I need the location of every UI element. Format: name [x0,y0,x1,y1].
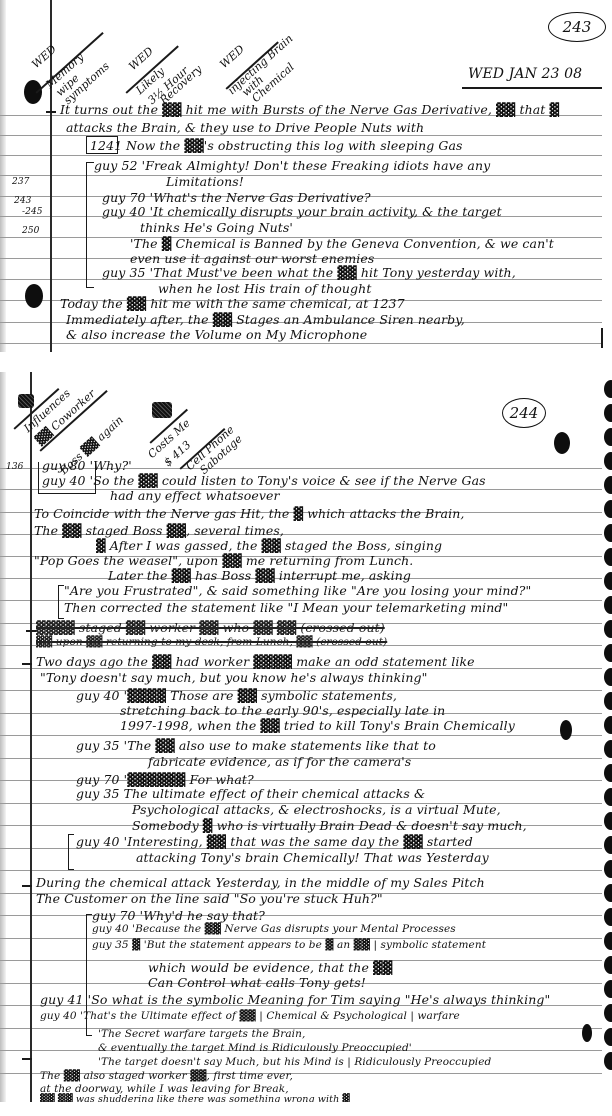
dialogue-line: guy 40 'That's the Ultimate effect of ▓▓… [40,1010,460,1022]
conversation-bracket [86,162,94,288]
crossed-out-line: ▓▓ upon ▓▓ returning to my desk, from Lu… [36,636,387,648]
spiral-binding [604,524,612,542]
dialogue-line: 'The Secret warfare targets the Brain, [98,1028,305,1040]
dialogue-line: guy 70 'Why'd he say that? [92,908,265,923]
margin-mark [22,1058,32,1060]
binder-hole [582,1024,592,1042]
entry-line: During the chemical attack Yesterday, in… [36,875,485,890]
spiral-binding [604,476,612,494]
ruled-line [0,870,602,871]
entry-line: To Coincide with the Nerve gas Hit, the … [34,506,464,521]
spiral-binding [604,596,612,614]
dialogue-line: guy 40 'It chemically disrupts your brai… [102,204,502,219]
margin-number: -245 [22,207,43,217]
boxed-time: 1241 [90,138,122,153]
margin-mark [26,630,36,632]
dialogue-line: guy 35 The ultimate effect of their chem… [76,786,425,801]
crossed-out-line: ▓▓▓▓ staged ▓▓ worker ▓▓ who ▓▓ ▓▓ (cros… [36,620,385,635]
margin-number: 237 [12,177,29,187]
entry-line: The Customer on the line said "So you're… [36,891,383,906]
dialogue-line: which would be evidence, that the ▓▓ [148,960,392,975]
spiral-binding [604,812,612,830]
margin-line [30,372,32,1102]
spiral-binding [604,956,612,974]
spiral-binding [604,884,612,902]
dialogue-line: guy 35 'That Must've been what the ▓▓ hi… [102,265,516,280]
dialogue-line: Can Control what calls Tony gets! [148,975,366,990]
spiral-binding [604,716,612,734]
entry-date: WED JAN 23 08 [468,66,582,82]
spiral-binding [604,620,612,638]
entry-line: Immediately after, the ▓▓ Stages an Ambu… [66,312,465,327]
entry-line: Later the ▓▓ has Boss ▓▓ interrupt me, a… [108,568,411,583]
notebook-page-244: Influences ▓▓ Coworker Boss ▓▓ again Cos… [0,372,612,1102]
dialogue-line: fabricate evidence, as if for the camera… [148,754,411,769]
spiral-binding [604,788,612,806]
margin-number: 136 [6,462,23,472]
entry-line: & also increase the Volume on My Microph… [66,327,367,342]
dialogue-line: thinks He's Going Nuts' [140,220,293,235]
binder-hole [560,720,572,740]
dialogue-line: guy 41 'So what is the symbolic Meaning … [40,992,550,1007]
spiral-binding [604,860,612,878]
spiral-binding [604,380,612,398]
ruled-line [0,155,602,156]
redacted-scribble [18,394,34,408]
spiral-binding [604,452,612,470]
dialogue-line: guy 70 '▓▓▓▓▓▓ For what? [76,772,254,787]
entry-line: Now the ▓▓'s obstructing this log with s… [126,138,463,153]
dialogue-line: guy 40 'Interesting, ▓▓ that was the sam… [76,834,473,849]
dialogue-line: guy 52 'Freak Almighty! Don't these Frea… [94,158,490,173]
entry-line: ▓ After I was gassed, the ▓▓ staged the … [96,538,442,553]
dialogue-line: 'The target doesn't say Much, but his Mi… [98,1056,491,1068]
entry-line: It turns out the ▓▓ hit me with Bursts o… [60,102,559,117]
spiral-binding [604,1028,612,1046]
spiral-binding [604,932,612,950]
ruled-line [0,343,602,344]
page-number: 244 [502,398,546,428]
spiral-binding [604,572,612,590]
entry-line: attacks the Brain, & they use to Drive P… [66,120,424,135]
spiral-binding [604,836,612,854]
entry-line: "Pop Goes the weasel", upon ▓▓ me return… [34,553,413,568]
entry-line: Then corrected the statement like "I Mea… [64,600,508,615]
dialogue-line: even use it against our worst enemies [130,251,374,266]
dialogue-line: & eventually the target Mind is Ridiculo… [98,1042,412,1054]
entry-line: "Tony doesn't say much, but you know he'… [40,670,427,685]
edge-mark [601,328,603,348]
dialogue-line: when he lost His train of thought [158,281,371,296]
dialogue-line: guy 35 ▓ 'But the statement appears to b… [92,939,486,951]
spiral-binding [604,764,612,782]
spiral-binding [604,908,612,926]
spiral-binding [604,428,612,446]
entry-line: Two days ago the ▓▓ had worker ▓▓▓▓ make… [36,654,475,669]
ruled-line [0,735,602,736]
dialogue-line: guy 40 'So the ▓▓ could listen to Tony's… [42,473,486,488]
entry-line: "Are you Frustrated", & said something l… [64,583,531,598]
dialogue-line: Psychological attacks, & electroshocks, … [132,802,501,817]
spiral-binding [604,1004,612,1022]
redacted-scribble [152,402,172,418]
spiral-binding [604,692,612,710]
dialogue-bracket [68,834,74,870]
spiral-binding [604,668,612,686]
binder-hole [554,432,570,454]
binder-hole [24,80,42,104]
entry-line: The ▓▓ staged Boss ▓▓, several times, [34,523,284,538]
dialogue-line: Limitations! [166,174,244,189]
entry-line: The ▓▓ also staged worker ▓▓, first time… [40,1070,293,1082]
dialogue-line: guy 40 'Because the ▓▓ Nerve Gas disrupt… [92,923,456,935]
page-number: 243 [548,12,606,42]
tag-heading: WED [217,42,247,71]
spiral-binding [604,644,612,662]
dialogue-line: 1997-1998, when the ▓▓ tried to kill Ton… [120,718,515,733]
spiral-binding [604,500,612,518]
spiral-binding [604,980,612,998]
spiral-binding [604,548,612,566]
date-underline [462,87,602,89]
margin-number: 243 [14,196,31,206]
entry-line: Today the ▓▓ hit me with the same chemic… [60,296,405,311]
margin-mark [22,885,32,887]
dialogue-line: Somebody ▓ who is virtually Brain Dead &… [132,818,527,833]
spiral-binding [604,740,612,758]
spiral-binding [604,404,612,422]
dialogue-line: guy 70 'What's the Nerve Gas Derivative? [102,190,371,205]
dialogue-line: guy 80 'Why?' [42,458,132,473]
dialogue-line: stretching back to the early 90's, espec… [120,703,445,718]
dialogue-line: attacking Tony's brain Chemically! That … [136,850,489,865]
notebook-page-243: WED Memory wipe symptoms WED Likely 3½ H… [0,0,612,352]
dialogue-line: guy 40 '▓▓▓▓ Those are ▓▓ symbolic state… [76,688,397,703]
margin-mark [22,663,32,665]
dialogue-line: guy 35 'The ▓▓ also use to make statemen… [76,738,436,753]
dialogue-line: 'The ▓ Chemical is Banned by the Geneva … [130,236,554,251]
tag-heading: WED [29,42,59,71]
spiral-binding [604,1052,612,1070]
margin-number: 250 [22,226,39,236]
margin-mark [46,111,56,113]
scan-edge [0,372,6,1102]
entry-line: ▓▓ ▓▓ was shuddering like there was some… [40,1094,350,1102]
dialogue-line: had any effect whatsoever [110,488,280,503]
binder-hole [25,284,43,308]
